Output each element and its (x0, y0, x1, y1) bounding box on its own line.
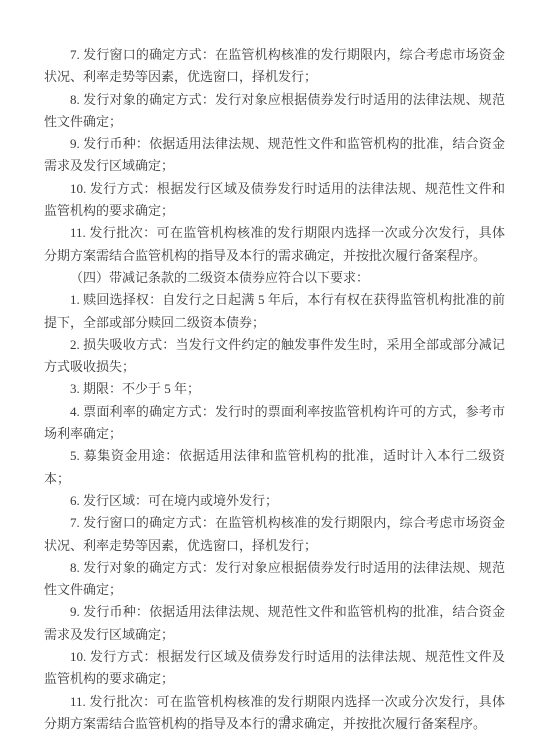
document-page: 7. 发行窗口的确定方式：在监管机构核准的发行期限内，综合考虑市场资金状况、利率… (0, 0, 550, 734)
text-line: 3. 期限：不少于 5 年； (44, 378, 505, 400)
text-line: 监管机构的要求确定； (44, 668, 505, 690)
text-line: 4. 票面利率的确定方式：发行时的票面利率按监管机构许可的方式，参考市 (44, 401, 505, 423)
paragraph: 2. 损失吸收方式：当发行文件约定的触发事件发生时，采用全部或部分减记方式吸收损… (44, 334, 505, 379)
text-line: 10. 发行方式：根据发行区域及债券发行时适用的法律法规、规范性文件及 (44, 646, 505, 668)
paragraph: （四）带减记条款的二级资本债券应符合以下要求： (44, 267, 505, 289)
paragraph: 3. 期限：不少于 5 年； (44, 378, 505, 400)
paragraph: 10. 发行方式：根据发行区域及债券发行时适用的法律法规、规范性文件和监管机构的… (44, 178, 505, 223)
text-line: 监管机构的要求确定； (44, 200, 505, 222)
text-line: 状况、利率走势等因素，优选窗口，择机发行； (44, 535, 505, 557)
paragraph: 8. 发行对象的确定方式：发行对象应根据债券发行时适用的法律法规、规范性文件确定… (44, 557, 505, 602)
text-line: 场利率确定； (44, 423, 505, 445)
text-line: 分期方案需结合监管机构的指导及本行的需求确定，并按批次履行备案程序。 (44, 245, 505, 267)
text-line: 9. 发行币种：依据适用法律法规、规范性文件和监管机构的批准，结合资金 (44, 601, 505, 623)
text-line: 5. 募集资金用途：依据适用法律和监管机构的批准，适时计入本行二级资本； (44, 445, 505, 490)
text-line: 需求及发行区域确定； (44, 624, 505, 646)
paragraph: 1. 赎回选择权：自发行之日起满 5 年后，本行有权在获得监管机构批准的前提下，… (44, 289, 505, 334)
page-number: 3 (12, 712, 550, 728)
page-body: 7. 发行窗口的确定方式：在监管机构核准的发行期限内，综合考虑市场资金状况、利率… (44, 44, 505, 734)
paragraph: 6. 发行区域：可在境内或境外发行； (44, 490, 505, 512)
text-line: 性文件确定； (44, 579, 505, 601)
text-line: （四）带减记条款的二级资本债券应符合以下要求： (44, 267, 505, 289)
paragraph: 9. 发行币种：依据适用法律法规、规范性文件和监管机构的批准，结合资金需求及发行… (44, 133, 505, 178)
paragraph: 9. 发行币种：依据适用法律法规、规范性文件和监管机构的批准，结合资金需求及发行… (44, 601, 505, 646)
text-line: 方式吸收损失； (44, 356, 505, 378)
paragraph: 7. 发行窗口的确定方式：在监管机构核准的发行期限内，综合考虑市场资金状况、利率… (44, 44, 505, 89)
text-line: 11. 发行批次：可在监管机构核准的发行期限内选择一次或分次发行，具体 (44, 222, 505, 244)
text-line: 7. 发行窗口的确定方式：在监管机构核准的发行期限内，综合考虑市场资金 (44, 44, 505, 66)
text-line: 1. 赎回选择权：自发行之日起满 5 年后，本行有权在获得监管机构批准的前 (44, 289, 505, 311)
text-line: 7. 发行窗口的确定方式：在监管机构核准的发行期限内，综合考虑市场资金 (44, 512, 505, 534)
paragraph: 4. 票面利率的确定方式：发行时的票面利率按监管机构许可的方式，参考市场利率确定… (44, 401, 505, 446)
text-line: 10. 发行方式：根据发行区域及债券发行时适用的法律法规、规范性文件和 (44, 178, 505, 200)
text-line: 8. 发行对象的确定方式：发行对象应根据债券发行时适用的法律法规、规范 (44, 89, 505, 111)
text-line: 8. 发行对象的确定方式：发行对象应根据债券发行时适用的法律法规、规范 (44, 557, 505, 579)
text-line: 性文件确定； (44, 111, 505, 133)
paragraph: 7. 发行窗口的确定方式：在监管机构核准的发行期限内，综合考虑市场资金状况、利率… (44, 512, 505, 557)
text-line: 2. 损失吸收方式：当发行文件约定的触发事件发生时，采用全部或部分减记 (44, 334, 505, 356)
text-line: 需求及发行区域确定； (44, 155, 505, 177)
paragraph: 5. 募集资金用途：依据适用法律和监管机构的批准，适时计入本行二级资本； (44, 445, 505, 490)
text-line: 状况、利率走势等因素，优选窗口，择机发行； (44, 66, 505, 88)
text-line: 6. 发行区域：可在境内或境外发行； (44, 490, 505, 512)
paragraph: 8. 发行对象的确定方式：发行对象应根据债券发行时适用的法律法规、规范性文件确定… (44, 89, 505, 134)
text-line: 提下，全部或部分赎回二级资本债券； (44, 312, 505, 334)
text-line: 9. 发行币种：依据适用法律法规、规范性文件和监管机构的批准，结合资金 (44, 133, 505, 155)
text-line: 11. 发行批次：可在监管机构核准的发行期限内选择一次或分次发行，具体 (44, 691, 505, 713)
paragraph: 10. 发行方式：根据发行区域及债券发行时适用的法律法规、规范性文件及监管机构的… (44, 646, 505, 691)
paragraph: 11. 发行批次：可在监管机构核准的发行期限内选择一次或分次发行，具体分期方案需… (44, 222, 505, 267)
